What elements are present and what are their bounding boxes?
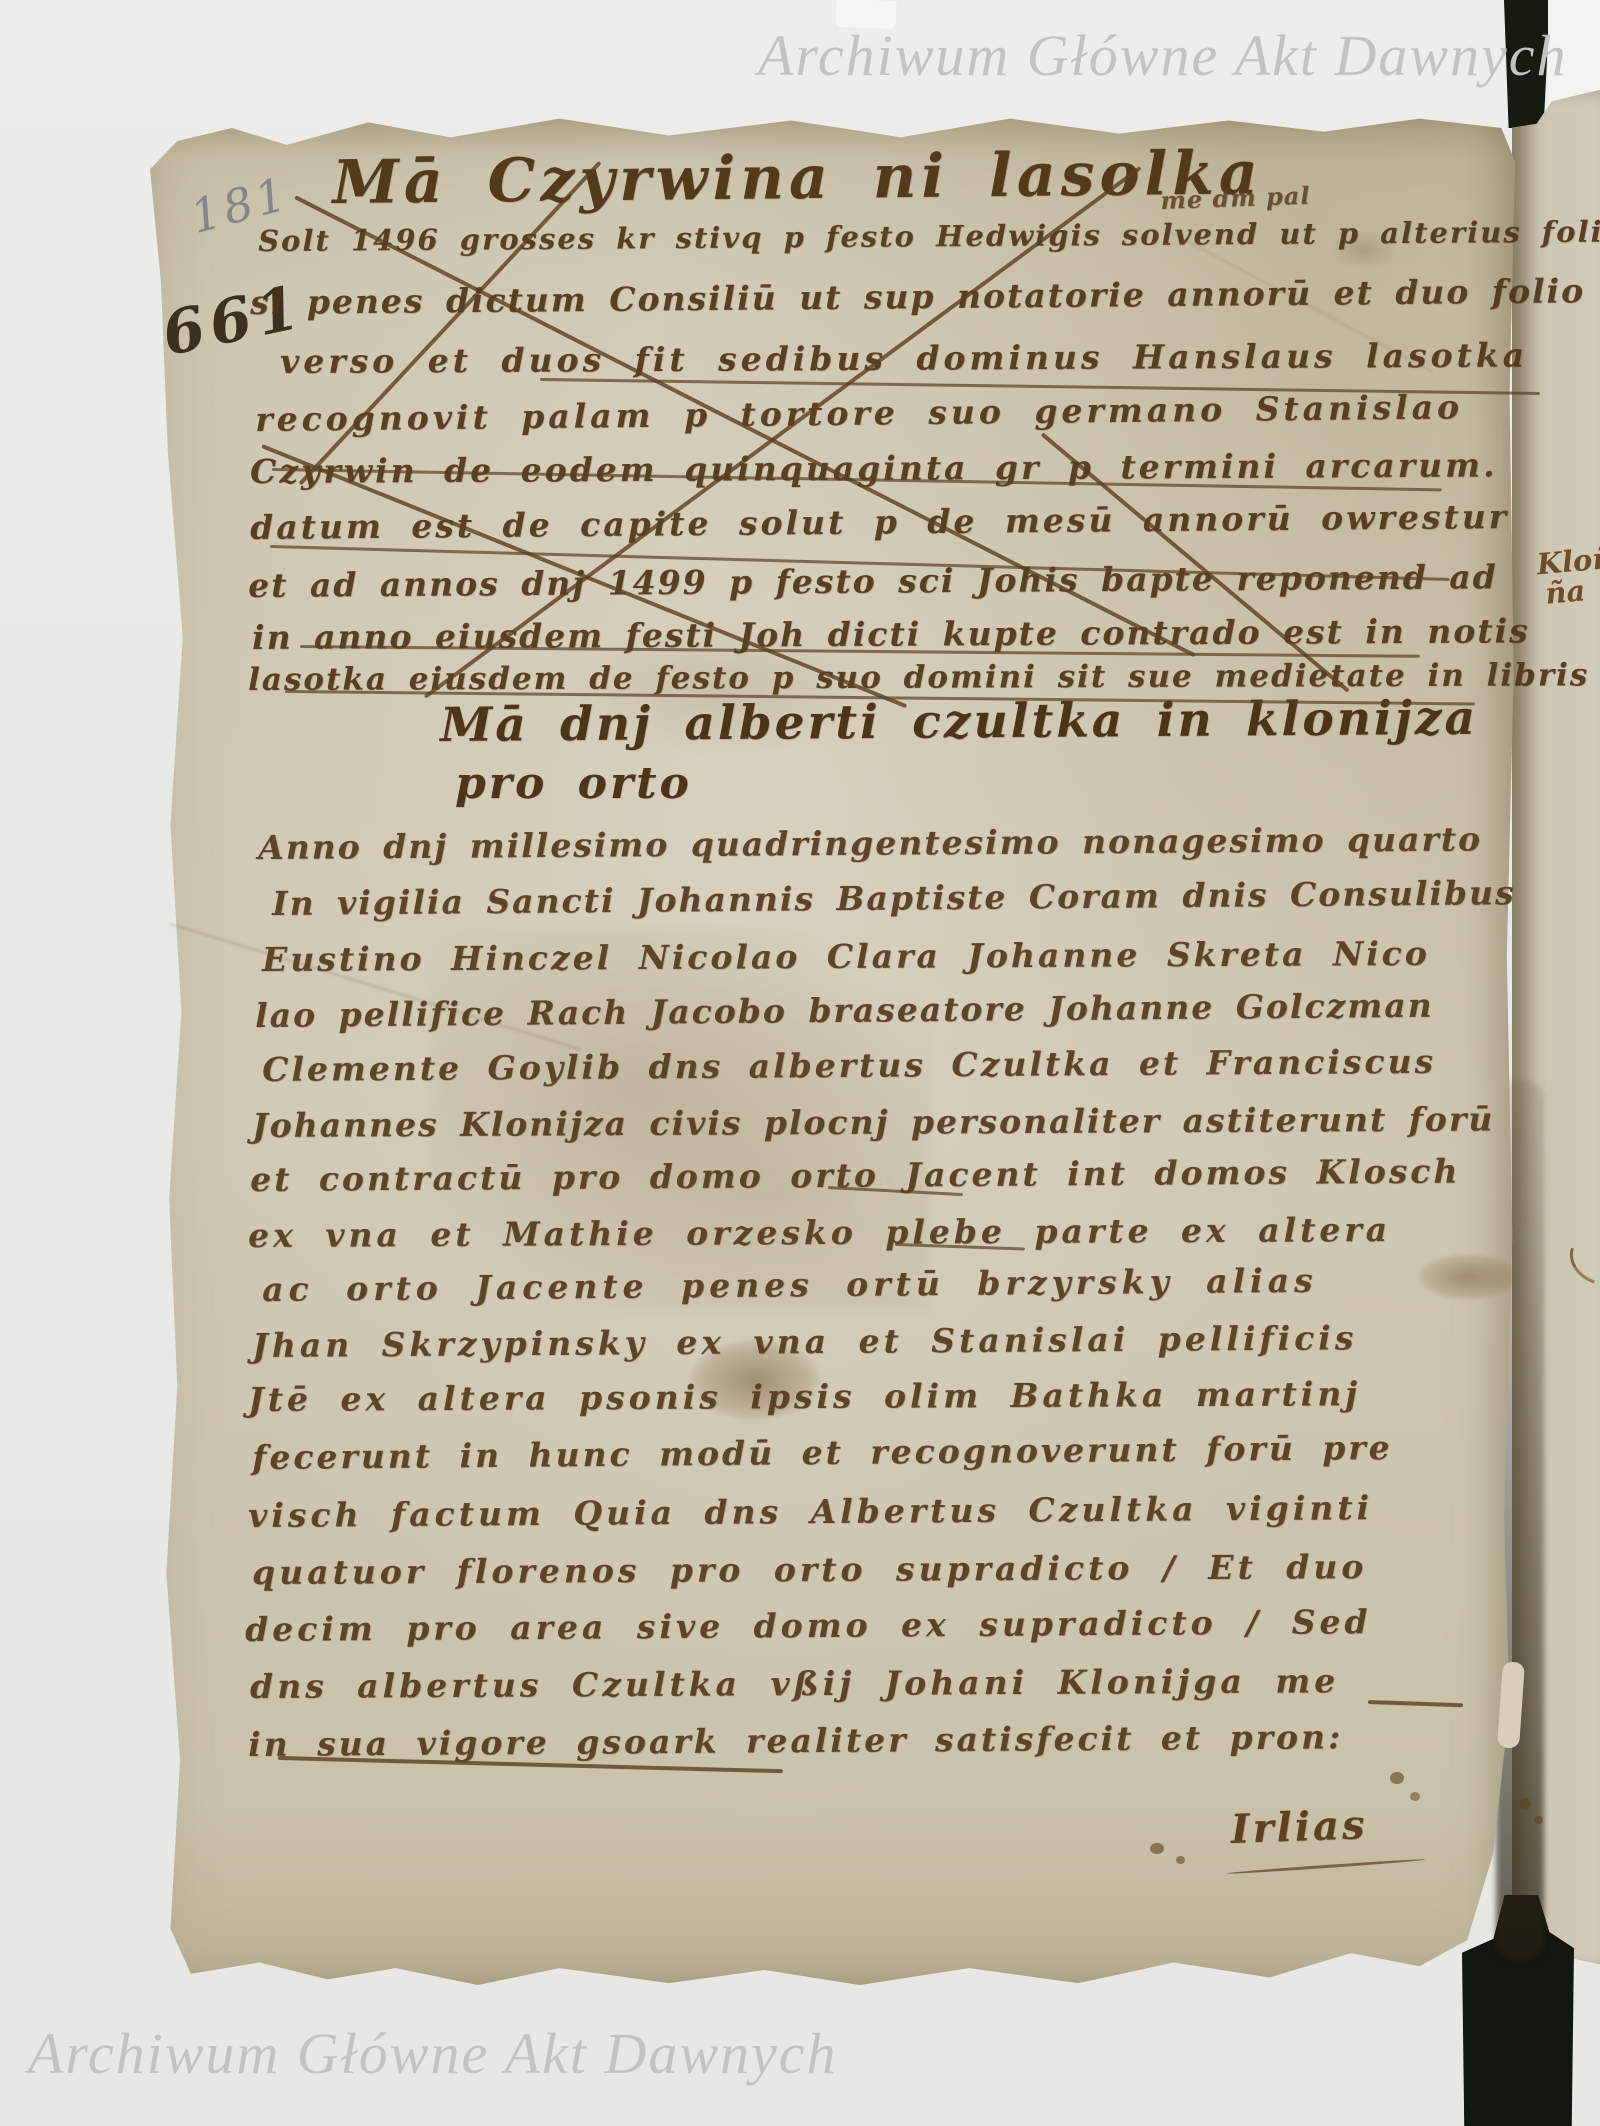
manuscript-line: in sua vigore gsoark realiter satisfecit… — [248, 1717, 1343, 1764]
manuscript-line: Jhan Skrzypinsky ex vna et Stanislai pel… — [252, 1318, 1357, 1365]
ink-spot — [1410, 1792, 1420, 1801]
manuscript-line: quatuor florenos pro orto supradicto / E… — [252, 1547, 1367, 1592]
archive-watermark-bottom: Archiwum Główne Akt Dawnych — [28, 2020, 838, 2087]
manuscript-line: Johannes Klonijza civis plocnj personali… — [252, 1099, 1494, 1145]
ink-spot — [1534, 1816, 1543, 1824]
manuscript-line: ex vna et Mathie orzesko plebe parte ex … — [248, 1210, 1391, 1255]
margin-note-line: ña — [1538, 573, 1600, 610]
archive-watermark-top: Archiwum Główne Akt Dawnych — [758, 22, 1568, 89]
manuscript-line: visch factum Quia dns Albertus Czultka v… — [248, 1488, 1373, 1535]
main-entry-subheading: pro orto — [455, 758, 692, 809]
manuscript-line: Clemente Goylib dns albertus Czultka et … — [262, 1042, 1436, 1089]
manuscript-scan: { "archive_watermark": "Archiwum Główne … — [0, 0, 1600, 2126]
manuscript-line: Jtē ex altera psonis ipsis olim Bathka m… — [248, 1374, 1361, 1419]
facing-page-margin-note: Kloñ ña — [1536, 543, 1600, 609]
ink-spot — [1176, 1856, 1185, 1864]
ink-spot — [1519, 1798, 1531, 1809]
ink-spot — [1390, 1772, 1404, 1784]
edge-smudge-stain — [1418, 1254, 1518, 1300]
manuscript-line: Czyrwin de eodem quinquaginta gr p termi… — [250, 445, 1498, 491]
manuscript-line: decim pro area sive domo ex supradicto /… — [245, 1602, 1372, 1649]
ink-spot — [1150, 1843, 1164, 1854]
scribe-signature: Irlias — [1230, 1801, 1368, 1853]
manuscript-line: Eustino Hinczel Nicolao Clara Johanne Sk… — [262, 934, 1430, 979]
crossed-entry-heading-note: me dm pal — [1160, 181, 1311, 215]
manuscript-line: dns albertus Czultka vßij Johani Klonijg… — [250, 1661, 1339, 1706]
